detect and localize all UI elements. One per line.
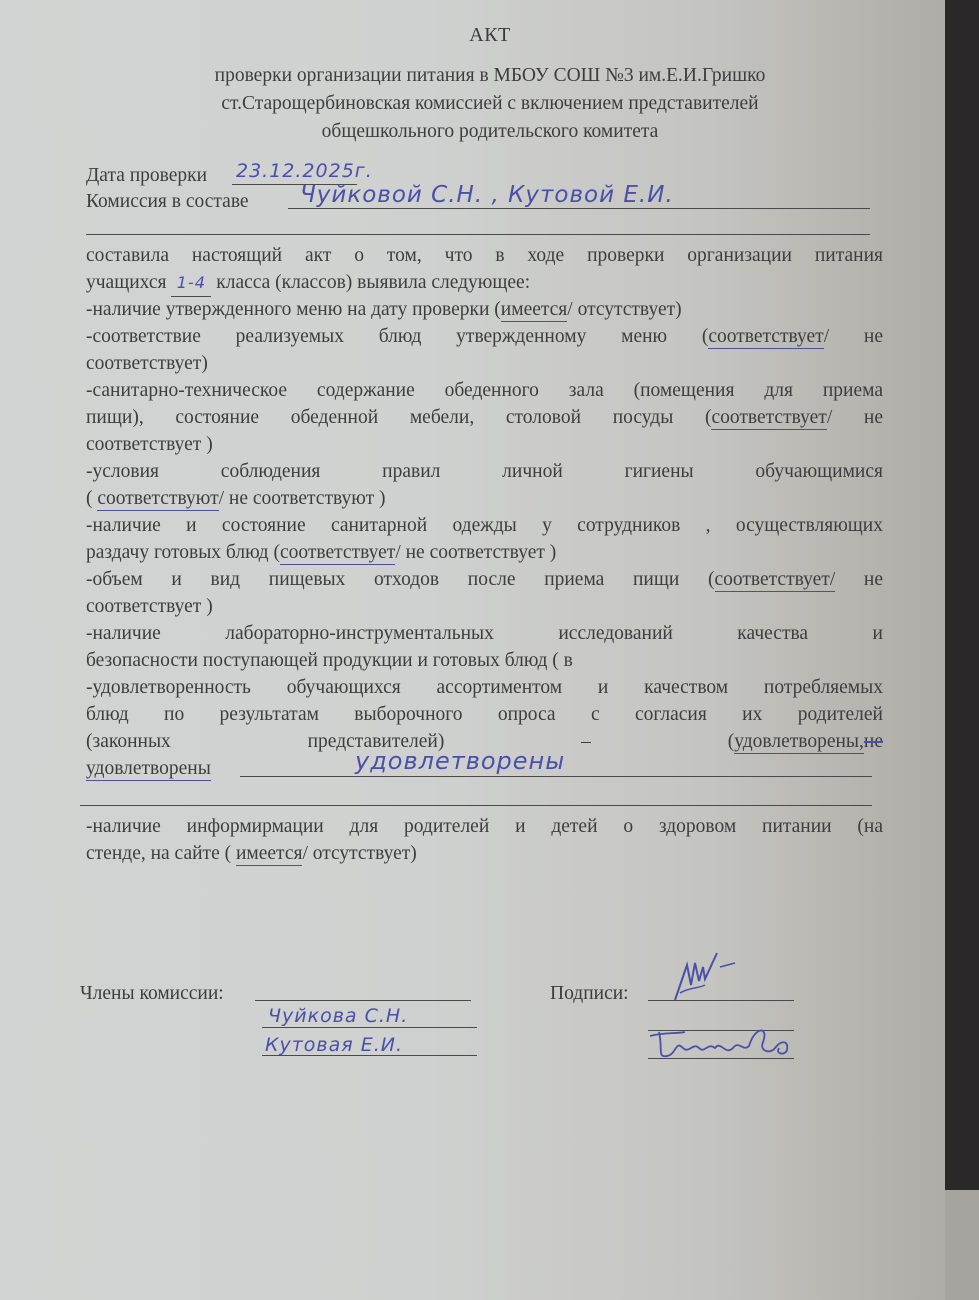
members-underline	[262, 1027, 477, 1028]
selected-option: соответствует	[711, 407, 826, 430]
member-name: Чуйкова С.Н.	[268, 1003, 408, 1030]
document-title: АКТ	[0, 22, 979, 49]
background-surface	[945, 1190, 979, 1300]
signature-2-icon	[645, 1018, 800, 1076]
item-menu-approved: -наличие утвержденного меню на дату пров…	[86, 296, 682, 323]
intro-line: составила настоящий акт о том, что в ход…	[86, 242, 883, 269]
subtitle-line: ст.Старощербиновская комиссией с включен…	[0, 90, 979, 118]
members-underline	[262, 1055, 477, 1056]
struck-option: не	[864, 731, 883, 752]
signatures-label: Подписи:	[550, 980, 629, 1007]
members-label: Члены комиссии:	[80, 980, 224, 1007]
item-dining-hall: -санитарно-техническое содержание обеден…	[86, 377, 883, 404]
selected-option: имеется	[501, 299, 567, 322]
subtitle-line: общешкольного родительского комитета	[0, 118, 979, 146]
item-lab-research: -наличие лабораторно-инструментальных ис…	[86, 620, 883, 647]
signature-underline	[648, 1058, 794, 1059]
item-text: раздачу готовых блюд (соответствует/ не …	[86, 539, 556, 566]
grades-value: 1-4	[171, 269, 211, 297]
item-hygiene: -условия соблюдения правил личной гигиен…	[86, 458, 883, 485]
item-nutrition-info: -наличие информирмации для родителей и д…	[86, 813, 883, 840]
item-menu-compliance: -соответствие реализуемых блюд утвержден…	[86, 323, 883, 350]
item-text: соответствует )	[86, 431, 213, 458]
commission-label: Комиссия в составе	[86, 188, 249, 215]
commission-underline-2	[86, 234, 870, 235]
selected-option: соответствует	[708, 326, 823, 349]
selected-option: имеется	[236, 843, 302, 866]
selected-option: удовлетворены	[86, 758, 211, 781]
item-text: соответствует)	[86, 350, 208, 377]
item-text: пищи), состояние обеденной мебели, столо…	[86, 404, 883, 431]
item-text: стенде, на сайте ( имеется/ отсутствует)	[86, 840, 417, 867]
date-value: 23.12.2025г.	[236, 158, 373, 185]
date-label: Дата проверки	[86, 165, 207, 186]
commission-value: Чуйковой С.Н. , Кутовой Е.И.	[300, 182, 674, 209]
selected-option: удовлетворены,	[734, 731, 864, 754]
signature-1-icon	[665, 945, 745, 1013]
selected-option: соответствует	[280, 542, 395, 565]
answer-underline	[240, 776, 872, 777]
date-row: Дата проверки	[86, 162, 207, 189]
answer-underline-2	[80, 805, 872, 806]
members-underline	[255, 1000, 471, 1001]
handwritten-answer: удовлетворены	[355, 748, 565, 775]
subtitle-line: проверки организации питания в МБОУ СОШ …	[0, 62, 979, 90]
item-text: безопасности поступающей продукции и гот…	[86, 647, 573, 674]
item-sanitary-clothing: -наличие и состояние санитарной одежды у…	[86, 512, 883, 539]
selected-option: соответствуют	[97, 488, 218, 511]
item-text: блюд по результатам выборочного опроса с…	[86, 701, 883, 728]
intro-line-2: учащихся 1-4 класса (классов) выявила сл…	[86, 269, 530, 297]
selected-option: соответствует/	[715, 569, 836, 592]
document-subtitle: проверки организации питания в МБОУ СОШ …	[0, 62, 979, 146]
item-satisfaction: -удовлетворенность обучающихся ассортиме…	[86, 674, 883, 701]
item-text: удовлетворены	[86, 755, 211, 782]
item-text: соответствует )	[86, 593, 213, 620]
item-food-waste: -объем и вид пищевых отходов после прием…	[86, 566, 883, 593]
item-text: ( соответствуют/ не соответствуют )	[86, 485, 385, 512]
